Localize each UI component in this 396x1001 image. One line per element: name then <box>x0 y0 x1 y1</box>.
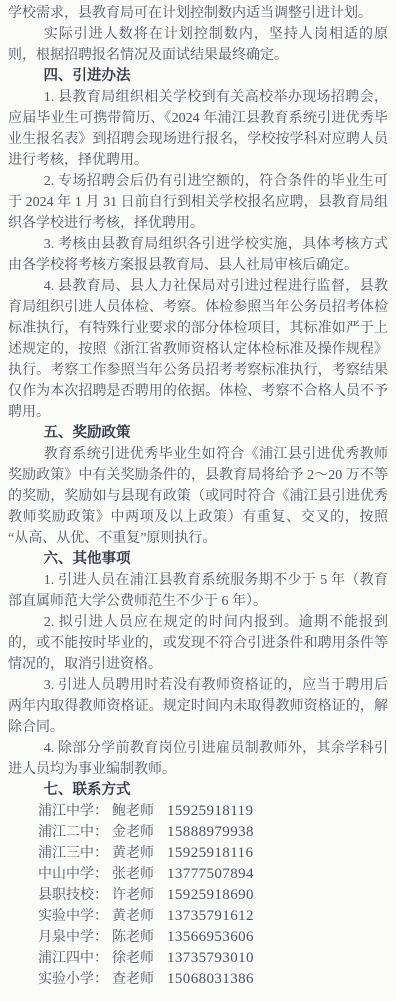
contact-phone: 15925918116 <box>167 845 253 861</box>
contact-school: 浦江三中： <box>38 843 112 864</box>
section6-paragraph-3: 3. 引进人员聘用时若没有教师资格证的，应当于聘用后两年内取得教师资格证。规定时… <box>8 675 388 738</box>
contact-teacher: 鲍老师 <box>112 801 167 822</box>
contact-teacher: 黄老师 <box>112 906 167 927</box>
section6-paragraph-4: 4. 除部分学前教育岗位引进雇员制教师外，其余学科引进人员均为事业编制教师。 <box>8 738 388 780</box>
contact-teacher: 金老师 <box>112 822 167 843</box>
contact-school: 浦江中学： <box>38 801 112 822</box>
section4-paragraph-3: 3. 考核由县教育局组织各引进学校实施，具体考核方式由各学校将考核方案报县教育局… <box>8 234 388 276</box>
contact-school: 实验小学： <box>38 969 112 990</box>
paragraph-continuation: 学校需求，县教育局可在计划控制数内适当调整引进计划。 <box>8 3 388 24</box>
contact-phone: 13735791612 <box>167 908 254 924</box>
contact-teacher: 许老师 <box>112 885 167 906</box>
contact-school: 浦江四中： <box>38 948 112 969</box>
contact-school: 中山中学： <box>38 864 112 885</box>
section-heading-6: 六、其他事项 <box>8 549 388 570</box>
contact-row: 实验小学：查老师15068031386 <box>8 969 388 990</box>
contact-school: 县职技校： <box>38 885 112 906</box>
contact-teacher: 张老师 <box>112 864 167 885</box>
contact-phone: 15068031386 <box>167 971 254 987</box>
contact-phone: 15888979938 <box>167 824 254 840</box>
contact-row: 浦江二中：金老师15888979938 <box>8 822 388 843</box>
contact-teacher: 徐老师 <box>112 948 167 969</box>
contact-teacher: 陈老师 <box>112 927 167 948</box>
contact-row: 浦江中学：鲍老师15925918119 <box>8 801 388 822</box>
contact-phone: 15925918690 <box>167 887 254 903</box>
section-heading-4: 四、引进办法 <box>8 66 388 87</box>
contact-row: 浦江三中：黄老师15925918116 <box>8 843 388 864</box>
contact-teacher: 黄老师 <box>112 843 167 864</box>
contact-row: 中山中学：张老师13777507894 <box>8 864 388 885</box>
section6-paragraph-1: 1. 引进人员在浦江县教育系统服务期不少于 5 年（教育部直属师范大学公费师范生… <box>8 570 388 612</box>
section6-paragraph-2: 2. 拟引进人员应在规定的时间内报到。逾期不能报到的，或不能按时毕业的，或发现不… <box>8 612 388 675</box>
document-page: 学校需求，县教育局可在计划控制数内适当调整引进计划。 实际引进人数将在计划控制数… <box>0 0 396 1001</box>
section4-paragraph-4: 4. 县教育局、县人力社保局对引进过程进行监督，县教育局组织引进人员体检、考察。… <box>8 276 388 423</box>
contact-teacher: 查老师 <box>112 969 167 990</box>
contact-school: 浦江二中： <box>38 822 112 843</box>
contact-phone: 15925918119 <box>167 803 253 819</box>
section-heading-7: 七、联系方式 <box>8 780 388 801</box>
section4-paragraph-2: 2. 专场招聘会后仍有引进空额的，符合条件的毕业生可于 2024 年 1 月 3… <box>8 171 388 234</box>
contact-row: 实验中学：黄老师13735791612 <box>8 906 388 927</box>
contact-row: 月泉中学：陈老师13566953606 <box>8 927 388 948</box>
section-heading-5: 五、奖励政策 <box>8 423 388 444</box>
contact-school: 实验中学： <box>38 906 112 927</box>
paragraph-intro: 实际引进人数将在计划控制数内，坚持人岗相适的原则，根据招聘报名情况及面试结果最终… <box>8 24 388 66</box>
contact-list: 浦江中学：鲍老师15925918119 浦江二中：金老师15888979938 … <box>8 801 388 990</box>
contact-phone: 13735793010 <box>167 950 254 966</box>
section5-paragraph-1: 教育系统引进优秀毕业生如符合《浦江县引进优秀教师奖励政策》中有关奖励条件的，县教… <box>8 444 388 549</box>
contact-phone: 13777507894 <box>167 866 254 882</box>
contact-school: 月泉中学： <box>38 927 112 948</box>
contact-row: 县职技校：许老师15925918690 <box>8 885 388 906</box>
section4-paragraph-1: 1. 县教育局组织相关学校到有关高校举办现场招聘会，应届毕业生可携带简历、《20… <box>8 87 388 171</box>
contact-row: 浦江四中：徐老师13735793010 <box>8 948 388 969</box>
contact-phone: 13566953606 <box>167 929 254 945</box>
